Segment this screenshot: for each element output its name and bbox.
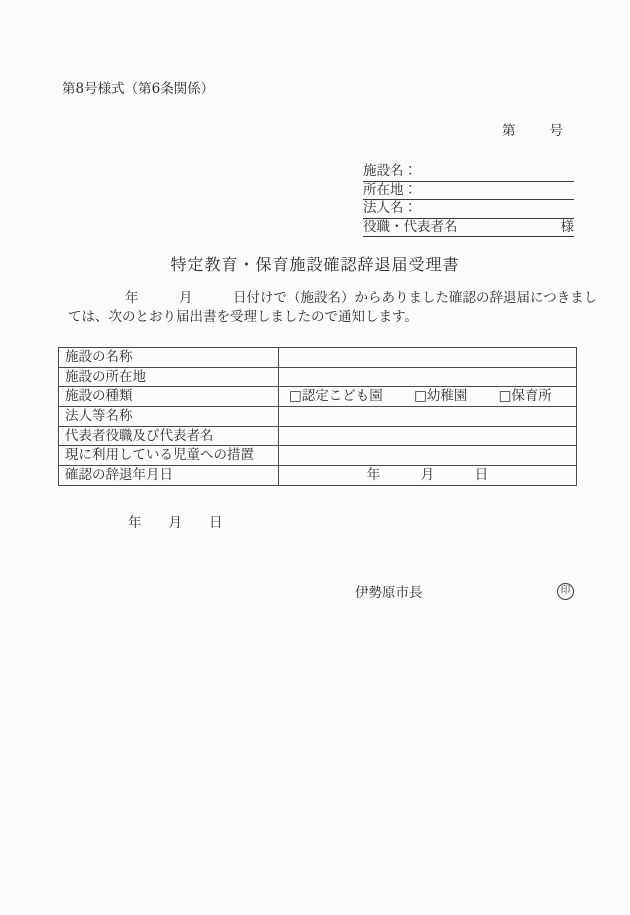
issue-number-prefix: 第: [502, 119, 516, 139]
checkbox-option-nintei-kodomoen: □認定こども園: [289, 388, 383, 404]
document-title: 特定教育・保育施設確認辞退届受理書: [0, 252, 630, 275]
table-row-value: [279, 427, 576, 446]
table-row-value: 年 月 日: [279, 466, 576, 485]
table-row-label: 現に利用している児童への措置: [59, 446, 279, 465]
checkbox-option-hoikusho: □保育所: [499, 388, 552, 404]
checkbox-icon: □: [289, 388, 302, 404]
table-row-withdrawal-date: 確認の辞退年月日 年 月 日: [59, 466, 576, 485]
table-row-facility-type: 施設の種類 □認定こども園 □幼稚園 □保育所: [59, 387, 576, 407]
table-row-representative: 代表者役職及び代表者名: [59, 427, 576, 447]
mayor-name: 伊勢原市長: [355, 581, 423, 601]
body-line-1: 年 月 日付けで（施設名）からありました確認の辞退届につきまし: [68, 289, 597, 308]
recipient-facility-line: 施設名：: [363, 163, 574, 182]
details-table: 施設の名称 施設の所在地 施設の種類 □認定こども園 □幼稚園 □保育所 法人等…: [58, 347, 577, 486]
honorific-label: 様: [561, 219, 575, 237]
recipient-corporation-line: 法人名：: [363, 200, 574, 219]
table-row-value: [279, 407, 576, 426]
table-row-facility-name: 施設の名称: [59, 348, 576, 368]
issue-number-line: 第 号: [502, 119, 563, 139]
recipient-block: 施設名： 所在地： 法人名： 役職・代表者名 様: [363, 163, 574, 237]
checkbox-option-yochien: □幼稚園: [414, 388, 467, 404]
table-row-children-measures: 現に利用している児童への措置: [59, 446, 576, 466]
table-row-label: 代表者役職及び代表者名: [59, 427, 279, 446]
recipient-representative-line: 役職・代表者名 様: [363, 219, 574, 238]
table-row-facility-address: 施設の所在地: [59, 368, 576, 388]
checkbox-icon: □: [499, 388, 512, 404]
recipient-location-line: 所在地：: [363, 182, 574, 201]
signature-block: 伊勢原市長 印: [355, 581, 574, 601]
checkbox-icon: □: [414, 388, 427, 404]
representative-label: 役職・代表者名: [363, 219, 458, 237]
checkbox-option-label: 幼稚園: [427, 388, 468, 404]
seal-icon: 印: [557, 583, 574, 600]
form-number: 第8号様式（第6条関係）: [62, 77, 214, 97]
table-row-value: [279, 348, 576, 367]
table-row-label: 施設の種類: [59, 387, 279, 406]
checkbox-option-label: 認定こども園: [302, 388, 383, 404]
table-row-label: 施設の所在地: [59, 368, 279, 387]
checkbox-option-label: 保育所: [511, 388, 552, 404]
table-row-corporation-name: 法人等名称: [59, 407, 576, 427]
document-page: 第8号様式（第6条関係） 第 号 施設名： 所在地： 法人名： 役職・代表者名 …: [0, 0, 630, 915]
table-row-label: 法人等名称: [59, 407, 279, 426]
issue-date-line: 年 月 日: [128, 511, 223, 531]
body-line-2: ては、次のとおり届出書を受理しましたので通知します。: [68, 308, 597, 327]
issue-number-suffix: 号: [550, 119, 564, 139]
table-row-value: [279, 446, 576, 465]
table-row-value: [279, 368, 576, 387]
facility-type-options: □認定こども園 □幼稚園 □保育所: [279, 387, 576, 406]
table-row-label: 施設の名称: [59, 348, 279, 367]
table-row-label: 確認の辞退年月日: [59, 466, 279, 485]
body-paragraph: 年 月 日付けで（施設名）からありました確認の辞退届につきまし ては、次のとおり…: [68, 289, 597, 327]
